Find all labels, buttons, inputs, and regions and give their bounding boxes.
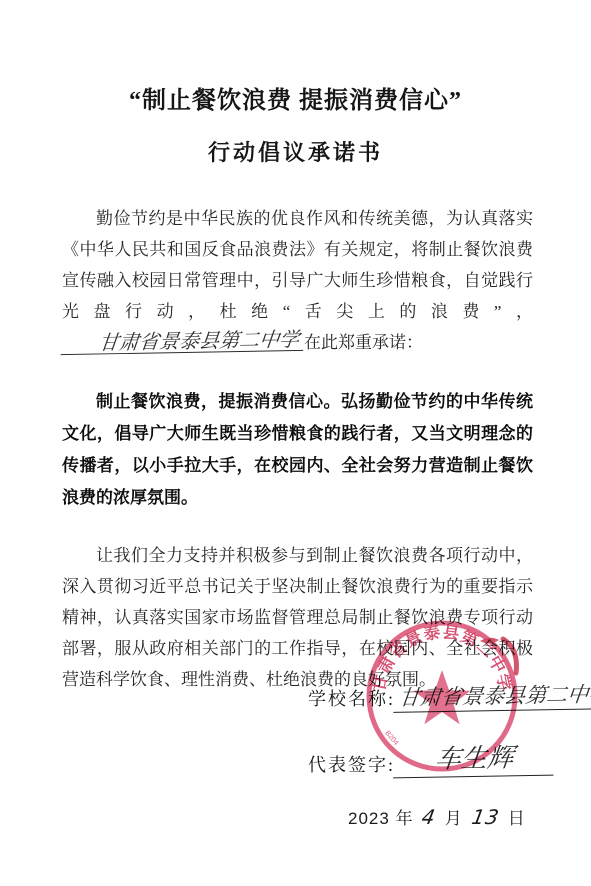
paragraph-intro-prefix: 勤俭节约是中华民族的优良作风和传统美德，为认真落实《中华人民共和国反食品浪费法》…: [62, 209, 533, 321]
official-seal-stamp: 甘肃省景泰县第二中学 B204: [352, 603, 552, 788]
date-day-unit: 日: [508, 809, 526, 828]
paragraph-intro-suffix: 在此郑重承诺：: [304, 333, 423, 352]
date-year: 2023: [348, 809, 390, 828]
paragraph-intro: 勤俭节约是中华民族的优良作风和传统美德，为认真落实《中华人民共和国反食品浪费法》…: [62, 203, 533, 358]
paragraph-pledge: 制止餐饮浪费，提振消费信心。弘扬勤俭节约的中华传统文化，倡导广大师生既当珍惜粮食…: [62, 386, 533, 514]
document-title-line1: “制止餐饮浪费 提振消费信心”: [0, 80, 591, 115]
handwritten-school-name-inline: 甘肃省景泰县第二中学: [61, 329, 306, 355]
document-page: “制止餐饮浪费 提振消费信心” 行动倡议承诺书 勤俭节约是中华民族的优良作风和传…: [0, 0, 591, 886]
date-year-unit: 年: [396, 809, 414, 828]
date-month-unit: 月: [445, 809, 463, 828]
document-title-line2: 行动倡议承诺书: [0, 136, 591, 167]
date-month-handwritten: 4: [417, 805, 441, 829]
date-line: 2023 年 4 月 13 日: [348, 804, 526, 829]
seal-star-icon: [414, 670, 471, 724]
date-day-handwritten: 13: [466, 805, 504, 829]
